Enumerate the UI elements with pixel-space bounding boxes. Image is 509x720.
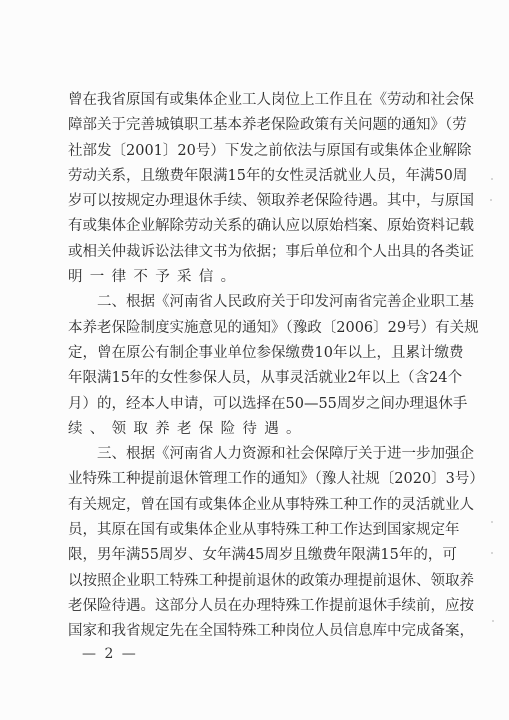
text-line: 月）的，经本人申请，可以选择在50—55周岁之间办理退休手	[68, 392, 444, 417]
text-line: 二、根据《河南省人民政府关于印发河南省完善企业职工基	[68, 290, 444, 315]
text-line: 限，男年满55周岁、女年满45周岁且缴费年限满15年的，可	[68, 543, 444, 568]
scan-speck	[491, 178, 493, 180]
text-line: 障部关于完善城镇职工基本养老保险政策有关问题的通知》（劳	[68, 113, 444, 138]
text-line: 社部发〔2001〕20号）下发之前依法与原国有或集体企业解除	[68, 139, 444, 164]
scan-speck	[490, 199, 492, 201]
text-line: 或相关仲裁诉讼法律文书为依据；事后单位和个人出具的各类证	[68, 240, 444, 265]
paragraph-2: 二、根据《河南省人民政府关于印发河南省完善企业职工基 本养老保险制度实施意见的通…	[68, 290, 444, 442]
body-text: 曾在我省原国有或集体企业工人岗位上工作且在《劳动和社会保 障部关于完善城镇职工基…	[68, 88, 444, 645]
paragraph-3: 三、根据《河南省人力资源和社会保障厅关于进一步加强企 业特殊工种提前退休管理工作…	[68, 442, 444, 644]
scan-speck	[491, 552, 493, 554]
text-line: 业特殊工种提前退休管理工作的通知》（豫人社规〔2020〕3号）	[68, 467, 444, 492]
text-line: 劳动关系，且缴费年限满15年的女性灵活就业人员，年满50周	[68, 164, 444, 189]
text-line: 三、根据《河南省人力资源和社会保障厅关于进一步加强企	[68, 442, 444, 467]
text-line: 曾在我省原国有或集体企业工人岗位上工作且在《劳动和社会保	[68, 88, 444, 113]
text-line: 定，曾在原公有制企事业单位参保缴费10年以上，且累计缴费	[68, 341, 444, 366]
text-line: 有或集体企业解除劳动关系的确认应以原始档案、原始资料记载	[68, 214, 444, 239]
text-line: 以按照企业职工特殊工种提前退休的政策办理提前退休、领取养	[68, 569, 444, 594]
text-line: 年限满15年的女性参保人员，从事灵活就业2年以上（含24个	[68, 366, 444, 391]
text-line: 老保险待遇。这部分人员在办理特殊工作提前退休手续前，应按	[68, 594, 444, 619]
paragraph-1: 曾在我省原国有或集体企业工人岗位上工作且在《劳动和社会保 障部关于完善城镇职工基…	[68, 88, 444, 290]
text-line: 岁可以按规定办理退休手续、领取养老保险待遇。其中，与原国	[68, 189, 444, 214]
scan-speck	[491, 521, 493, 523]
text-line: 有关规定，曾在国有或集体企业从事特殊工种工作的灵活就业人	[68, 493, 444, 518]
document-page: 曾在我省原国有或集体企业工人岗位上工作且在《劳动和社会保 障部关于完善城镇职工基…	[0, 0, 509, 720]
text-line: 明一律不予采信。	[68, 265, 444, 290]
text-line: 续、领取养老保险待遇。	[68, 417, 444, 442]
scan-speck	[492, 620, 494, 622]
page-number: — 2 —	[82, 645, 138, 663]
text-line: 员，其原在国有或集体企业从事特殊工种工作达到国家规定年	[68, 518, 444, 543]
text-line: 国家和我省规定先在全国特殊工种岗位人员信息库中完成备案，	[68, 619, 444, 644]
text-line: 本养老保险制度实施意见的通知》（豫政〔2006〕29号）有关规	[68, 316, 444, 341]
